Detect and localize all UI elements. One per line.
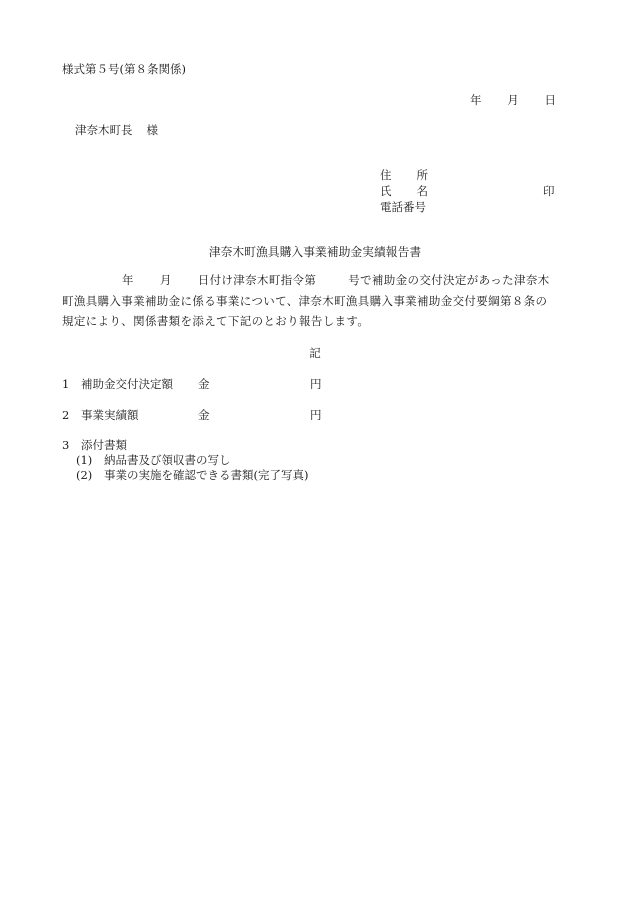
item-label: 事業実績額	[81, 410, 198, 422]
year-label: 年	[470, 95, 482, 107]
phone-label: 電話番号	[380, 202, 426, 218]
body-month-label: 月	[160, 273, 172, 287]
seal-mark: 印	[543, 186, 555, 198]
item-currency-prefix: 金	[198, 379, 310, 391]
addressee: 津奈木町長様	[75, 125, 158, 137]
item-number: 3	[62, 440, 81, 452]
attachment-item: (1) 納品書及び領収書の写し	[76, 455, 231, 467]
item-number: 1	[62, 379, 81, 391]
item-number: 2	[62, 410, 81, 422]
item-actual-amount: 2 事業実績額 金 円	[62, 410, 322, 422]
form-number: 様式第５号(第８条関係)	[62, 64, 186, 76]
date-line: 年 月 日	[470, 95, 556, 107]
day-label: 日	[545, 95, 557, 107]
month-label: 月	[507, 95, 519, 107]
body-line-3: 規定により、関係書類を添えて下記のとおり報告します。	[62, 316, 582, 337]
body-paragraph: 年月日付け津奈木町指令第号で補助金の交付決定があった津奈木 町漁具購入事業補助金…	[62, 275, 582, 337]
body-line-2: 町漁具購入事業補助金に係る事業について、津奈木町漁具購入事業補助金交付要綱第８条…	[62, 296, 582, 317]
phone-row: 電話番号	[380, 202, 428, 218]
attachment-label: 事業の実施を確認できる書類(完了写真)	[104, 470, 308, 482]
item-label: 補助金交付決定額	[81, 379, 198, 391]
applicant-block: 住 所 氏 名 電話番号	[380, 170, 428, 218]
body-year-label: 年	[122, 273, 134, 287]
body-mid-text: 日付け津奈木町指令第	[198, 273, 317, 287]
item-attachments: 3 添付書類	[62, 440, 127, 452]
attachment-label: 納品書及び領収書の写し	[104, 455, 231, 467]
addressee-honorific: 様	[147, 123, 159, 137]
item-unit: 円	[310, 410, 322, 422]
attachment-number: (2)	[76, 470, 104, 482]
document-title: 津奈木町漁具購入事業補助金実績報告書	[0, 247, 630, 259]
item-unit: 円	[310, 379, 322, 391]
ki-heading: 記	[0, 348, 630, 360]
item-label: 添付書類	[81, 440, 127, 452]
body-end-text: 号で補助金の交付決定があった津奈木	[348, 273, 549, 287]
attachment-number: (1)	[76, 455, 104, 467]
item-grant-amount: 1 補助金交付決定額 金 円	[62, 379, 322, 391]
addressee-name: 津奈木町長	[75, 123, 133, 137]
item-currency-prefix: 金	[198, 410, 310, 422]
attachment-item: (2) 事業の実施を確認できる書類(完了写真)	[76, 470, 308, 482]
body-line-1: 年月日付け津奈木町指令第号で補助金の交付決定があった津奈木	[62, 275, 582, 296]
